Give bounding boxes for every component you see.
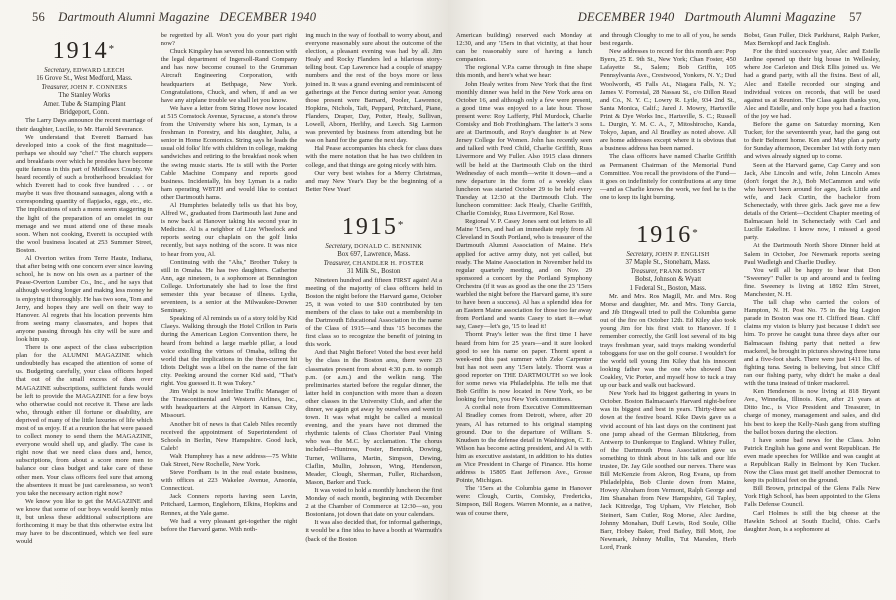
- page-number: 56: [32, 10, 45, 24]
- publication-title: Dartmouth Alumni Magazine: [684, 10, 835, 24]
- secretary-address: 37 Maple St., Stoneham, Mass.: [600, 259, 736, 267]
- treasurer-address: 31 Milk St., Boston: [305, 268, 442, 276]
- secretary-role: Secretary,: [44, 67, 71, 74]
- treasurer-role: Treasurer,: [41, 84, 68, 91]
- class-heading-1915: 1915*: [305, 214, 442, 240]
- column-3: ing much in the way of football to worry…: [305, 32, 442, 592]
- paragraph: We have a letter from String Howe now lo…: [161, 105, 298, 202]
- right-page: DECEMBER 1940 Dartmouth Alumni Magazine …: [448, 0, 896, 600]
- column-3: Bobst, Gran Fuller, Dick Parkhurst, Ralp…: [744, 32, 880, 592]
- paragraph: Before the game on Saturday morning, Ken…: [744, 121, 880, 161]
- column-2: be regretted by all. Won't you do your p…: [161, 32, 298, 592]
- paragraph: I have some bad news for the Class. John…: [744, 437, 880, 486]
- class-heading-1916: 1916*: [600, 222, 736, 248]
- paragraph: Jim Wulpi is now Interline Traffic Manag…: [161, 388, 298, 420]
- paragraph: Speaking of Al reminds us of a story tol…: [161, 315, 298, 388]
- publication-title: Dartmouth Alumni Magazine: [58, 10, 209, 24]
- secretary-name: DONALD C. BENNINK: [354, 243, 422, 250]
- paragraph: And that Night Before! Voted the best ev…: [305, 349, 442, 487]
- treasurer-role: Treasurer,: [631, 268, 658, 275]
- paragraph: We had a very pleasant get-together the …: [161, 518, 298, 534]
- paragraph: Jack Conners reports having seen Lavin, …: [161, 493, 298, 517]
- treasurer-address-line: Bridgeport, Conn.: [16, 109, 153, 117]
- paragraph: Ken Henderson is now living at 818 Bryan…: [744, 388, 880, 437]
- paragraph: Al Overton writes from Terre Haute, Indi…: [16, 255, 153, 344]
- paragraph: Bobst, Gran Fuller, Dick Parkhurst, Ralp…: [744, 32, 880, 48]
- treasurer-address-line: The Stanley Works: [16, 92, 153, 100]
- class-year: 1914: [53, 38, 109, 64]
- paragraph: We understand that Everett Barnard has d…: [16, 134, 153, 255]
- magazine-spread: 56 Dartmouth Alumni Magazine DECEMBER 19…: [0, 0, 896, 600]
- paragraph: You will all be happy to hear that Don "…: [744, 267, 880, 299]
- treasurer-address-line: Amer. Tube & Stamping Plant: [16, 101, 153, 109]
- paragraph: A cordial note from Executive Committeem…: [456, 404, 592, 485]
- page-number: 57: [849, 10, 862, 24]
- paragraph: There is one aspect of the class subscri…: [16, 344, 153, 498]
- asterisk-mark: *: [109, 43, 117, 55]
- class-year: 1916: [636, 222, 692, 248]
- officers-1916: Secretary, JOHN P. ENGLISH 37 Maple St.,…: [600, 251, 736, 293]
- paragraph: Bill Brown, principal of the Glens Falls…: [744, 485, 880, 509]
- paragraph: Carl Holmes is still the big cheese at t…: [744, 510, 880, 534]
- column-2: and through Cloughy to me to all of you,…: [600, 32, 736, 592]
- officers-1915: Secretary, DONALD C. BENNINK Box 697, La…: [305, 243, 442, 277]
- paragraph: New addresses to record for this month a…: [600, 48, 736, 153]
- column-1: American building) reserved each Monday …: [456, 32, 592, 592]
- paragraph: At the Dartmouth North Shore Dinner held…: [744, 242, 880, 266]
- paragraph: Steve Fordham is in the real estate busi…: [161, 469, 298, 493]
- paragraph: Mr. and Mrs. Ros Magill, Mr. and Mrs. Ro…: [600, 293, 736, 390]
- paragraph: For the third successive year, Alec and …: [744, 48, 880, 121]
- secretary-address: Box 697, Lawrence, Mass.: [305, 251, 442, 259]
- issue-date: DECEMBER 1940: [578, 10, 675, 24]
- paragraph: It was voted to hold a monthly luncheon …: [305, 487, 442, 519]
- treasurer-address-line: 1 Federal St., Boston, Mass.: [600, 285, 736, 293]
- left-page: 56 Dartmouth Alumni Magazine DECEMBER 19…: [0, 0, 448, 600]
- secretary-address: 16 Grove St., West Medford, Mass.: [16, 75, 153, 83]
- asterisk-mark: *: [398, 219, 406, 231]
- asterisk-mark: *: [692, 227, 700, 239]
- paragraph: John Healy writes from New York that the…: [456, 81, 592, 219]
- paragraph: The class officers have named Charlie Gr…: [600, 153, 736, 202]
- treasurer-name: FRANK BOBST: [660, 268, 706, 275]
- paragraph: Chuck Kingsley has severed his connectio…: [161, 48, 298, 105]
- paragraph: The Larry Days announce the recent marri…: [16, 117, 153, 133]
- secretary-role: Secretary,: [626, 251, 653, 258]
- column-1: 1914* Secretary, EDWARD LEECH 16 Grove S…: [16, 32, 153, 592]
- class-year: 1915: [342, 214, 398, 240]
- treasurer-name: JOHN F. CONNERS: [70, 84, 127, 91]
- paragraph: Hal Pease accompanies his check for clas…: [305, 145, 442, 169]
- class-heading-1914: 1914*: [16, 38, 153, 64]
- paragraph: We know you like to get the MAGAZINE and…: [16, 498, 153, 547]
- treasurer-address-line: Bobst, Johnson & Wyatt: [600, 276, 736, 284]
- paragraph: Al Humphries belatedly tells us that his…: [161, 202, 298, 259]
- paragraph: Regional V. P. Casey Jones sent out lett…: [456, 218, 592, 331]
- secretary-name: JOHN P. ENGLISH: [655, 251, 709, 258]
- paragraph: Continuing with the "Ahs," Brother Tukey…: [161, 259, 298, 316]
- paragraph: Thornt Pray's letter was the first time …: [456, 331, 592, 404]
- paragraph: Walt Humphrey has a new address—75 White…: [161, 453, 298, 469]
- paragraph: Our very best wishes for a Merry Christm…: [305, 170, 442, 194]
- secretary-name: EDWARD LEECH: [73, 67, 125, 74]
- paragraph: Seen at the Harvard game, Cap Carey and …: [744, 162, 880, 243]
- treasurer-name: CHANDLER H. FOSTER: [353, 260, 424, 267]
- issue-date: DECEMBER 1940: [220, 10, 317, 24]
- paragraph: It was also decided that, for informal g…: [305, 519, 442, 543]
- running-head-left: 56 Dartmouth Alumni Magazine DECEMBER 19…: [22, 10, 316, 25]
- paragraph: be regretted by all. Won't you do your p…: [161, 32, 298, 48]
- treasurer-role: Treasurer,: [324, 260, 351, 267]
- paragraph: and through Cloughy to me to all of you,…: [600, 32, 736, 48]
- secretary-role: Secretary,: [325, 243, 352, 250]
- paragraph: Nineteen hundred and fifteen FIRST again…: [305, 277, 442, 350]
- paragraph: American building) reserved each Monday …: [456, 32, 592, 64]
- paragraph: The '15ers at the Columbia game in Hanov…: [456, 485, 592, 517]
- paragraph: The regional V.P.s came through in fine …: [456, 64, 592, 80]
- paragraph: Another bit of news is that Caleb Niles …: [161, 421, 298, 453]
- officers-1914: Secretary, EDWARD LEECH 16 Grove St., We…: [16, 67, 153, 117]
- paragraph: ing much in the way of football to worry…: [305, 32, 442, 145]
- paragraph: New York had its biggest gathering in ye…: [600, 390, 736, 552]
- running-head-right: DECEMBER 1940 Dartmouth Alumni Magazine …: [578, 10, 872, 25]
- paragraph: The tall chap who carried the colors of …: [744, 299, 880, 388]
